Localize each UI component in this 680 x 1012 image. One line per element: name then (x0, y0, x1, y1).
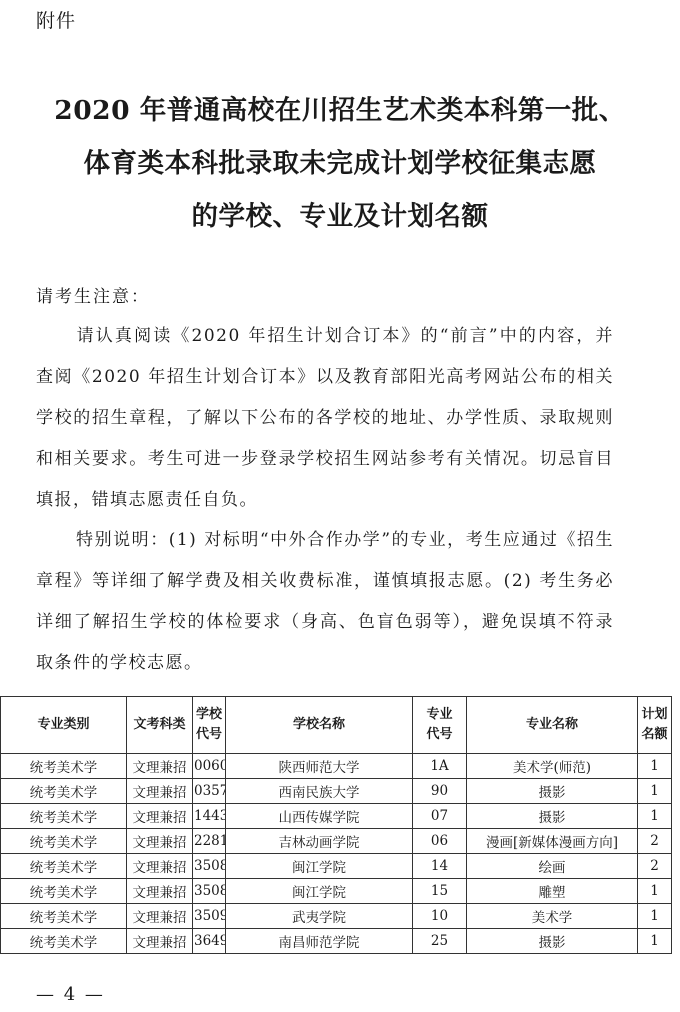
page-number: — 4 — (36, 984, 105, 1005)
cell-school-code: 1443 (193, 804, 226, 829)
cell-category: 统考美术学 (1, 879, 127, 904)
cell-quota: 1 (638, 879, 672, 904)
notice-paragraph-2: 特别说明：(1) 对标明“中外合作办学”的专业，考生应通过《招生章程》等详细了解… (36, 520, 614, 684)
notice-paragraph-2-text: 特别说明：(1) 对标明“中外合作办学”的专业，考生应通过《招生章程》等详细了解… (36, 530, 614, 673)
cell-school-code: 3508 (193, 879, 226, 904)
header-school-code: 学校代号 (193, 697, 226, 754)
cell-major-name: 绘画 (467, 854, 638, 879)
cell-school-name: 武夷学院 (226, 904, 413, 929)
notice-paragraph-1-text: 请认真阅读《2020 年招生计划合订本》的“前言”中的内容，并查阅《2020 年… (36, 326, 614, 510)
cell-school-name: 闽江学院 (226, 879, 413, 904)
cell-school-name: 西南民族大学 (226, 779, 413, 804)
cell-category: 统考美术学 (1, 829, 127, 854)
cell-major-name: 美术学 (467, 904, 638, 929)
cell-exam-type: 文理兼招 (127, 904, 193, 929)
cell-school-code: 3509 (193, 904, 226, 929)
document-title: 2020 年普通高校在川招生艺术类本科第一批、 体育类本科批录取未完成计划学校征… (0, 84, 680, 243)
cell-major-code: 90 (413, 779, 467, 804)
cell-major-name: 美术学(师范) (467, 754, 638, 779)
cell-major-code: 06 (413, 829, 467, 854)
notice-heading: 请考生注意： (36, 282, 150, 307)
header-quota: 计划名额 (638, 697, 672, 754)
cell-exam-type: 文理兼招 (127, 804, 193, 829)
header-category: 专业类别 (1, 697, 127, 754)
cell-major-name: 摄影 (467, 779, 638, 804)
cell-major-name: 漫画[新媒体漫画方向] (467, 829, 638, 854)
table-header-row: 专业类别 文考科类 学校代号 学校名称 专业代号 专业名称 计划名额 (1, 697, 672, 754)
header-school-name: 学校名称 (226, 697, 413, 754)
cell-school-code: 3649 (193, 929, 226, 954)
cell-exam-type: 文理兼招 (127, 779, 193, 804)
header-exam-type: 文考科类 (127, 697, 193, 754)
table-row: 统考美术学 文理兼招 3509 武夷学院 10 美术学 1 (1, 904, 672, 929)
table-row: 统考美术学 文理兼招 0357 西南民族大学 90 摄影 1 (1, 779, 672, 804)
table-row: 统考美术学 文理兼招 2281 吉林动画学院 06 漫画[新媒体漫画方向] 2 (1, 829, 672, 854)
cell-school-name: 吉林动画学院 (226, 829, 413, 854)
cell-major-code: 14 (413, 854, 467, 879)
title-line-2: 体育类本科批录取未完成计划学校征集志愿 (0, 137, 680, 190)
cell-exam-type: 文理兼招 (127, 879, 193, 904)
cell-exam-type: 文理兼招 (127, 929, 193, 954)
attachment-label: 附件 (36, 6, 76, 33)
header-major-code: 专业代号 (413, 697, 467, 754)
cell-category: 统考美术学 (1, 854, 127, 879)
table-row: 统考美术学 文理兼招 3508 闽江学院 15 雕塑 1 (1, 879, 672, 904)
cell-school-name: 陕西师范大学 (226, 754, 413, 779)
cell-school-name: 闽江学院 (226, 854, 413, 879)
table-row: 统考美术学 文理兼招 1443 山西传媒学院 07 摄影 1 (1, 804, 672, 829)
cell-category: 统考美术学 (1, 779, 127, 804)
cell-major-code: 1A (413, 754, 467, 779)
cell-exam-type: 文理兼招 (127, 854, 193, 879)
table-row: 统考美术学 文理兼招 0060 陕西师范大学 1A 美术学(师范) 1 (1, 754, 672, 779)
cell-school-name: 山西传媒学院 (226, 804, 413, 829)
cell-category: 统考美术学 (1, 754, 127, 779)
cell-major-code: 10 (413, 904, 467, 929)
title-line-3: 的学校、专业及计划名额 (0, 190, 680, 243)
cell-quota: 2 (638, 854, 672, 879)
cell-school-code: 0060 (193, 754, 226, 779)
cell-major-name: 摄影 (467, 804, 638, 829)
cell-category: 统考美术学 (1, 929, 127, 954)
cell-school-code: 2281 (193, 829, 226, 854)
cell-exam-type: 文理兼招 (127, 829, 193, 854)
cell-quota: 1 (638, 754, 672, 779)
cell-major-name: 雕塑 (467, 879, 638, 904)
cell-quota: 1 (638, 779, 672, 804)
cell-major-name: 摄影 (467, 929, 638, 954)
cell-major-code: 25 (413, 929, 467, 954)
cell-quota: 1 (638, 929, 672, 954)
cell-category: 统考美术学 (1, 804, 127, 829)
cell-category: 统考美术学 (1, 904, 127, 929)
title-line-1: 2020 年普通高校在川招生艺术类本科第一批、 (0, 84, 680, 137)
table-row: 统考美术学 文理兼招 3508 闽江学院 14 绘画 2 (1, 854, 672, 879)
cell-school-name: 南昌师范学院 (226, 929, 413, 954)
enrollment-plan-table: 专业类别 文考科类 学校代号 学校名称 专业代号 专业名称 计划名额 统考美术学… (0, 696, 672, 954)
table-row: 统考美术学 文理兼招 3649 南昌师范学院 25 摄影 1 (1, 929, 672, 954)
cell-major-code: 07 (413, 804, 467, 829)
cell-school-code: 0357 (193, 779, 226, 804)
cell-major-code: 15 (413, 879, 467, 904)
cell-school-code: 3508 (193, 854, 226, 879)
cell-quota: 1 (638, 904, 672, 929)
notice-paragraph-1: 请认真阅读《2020 年招生计划合订本》的“前言”中的内容，并查阅《2020 年… (36, 316, 614, 521)
cell-quota: 2 (638, 829, 672, 854)
header-major-name: 专业名称 (467, 697, 638, 754)
cell-exam-type: 文理兼招 (127, 754, 193, 779)
cell-quota: 1 (638, 804, 672, 829)
